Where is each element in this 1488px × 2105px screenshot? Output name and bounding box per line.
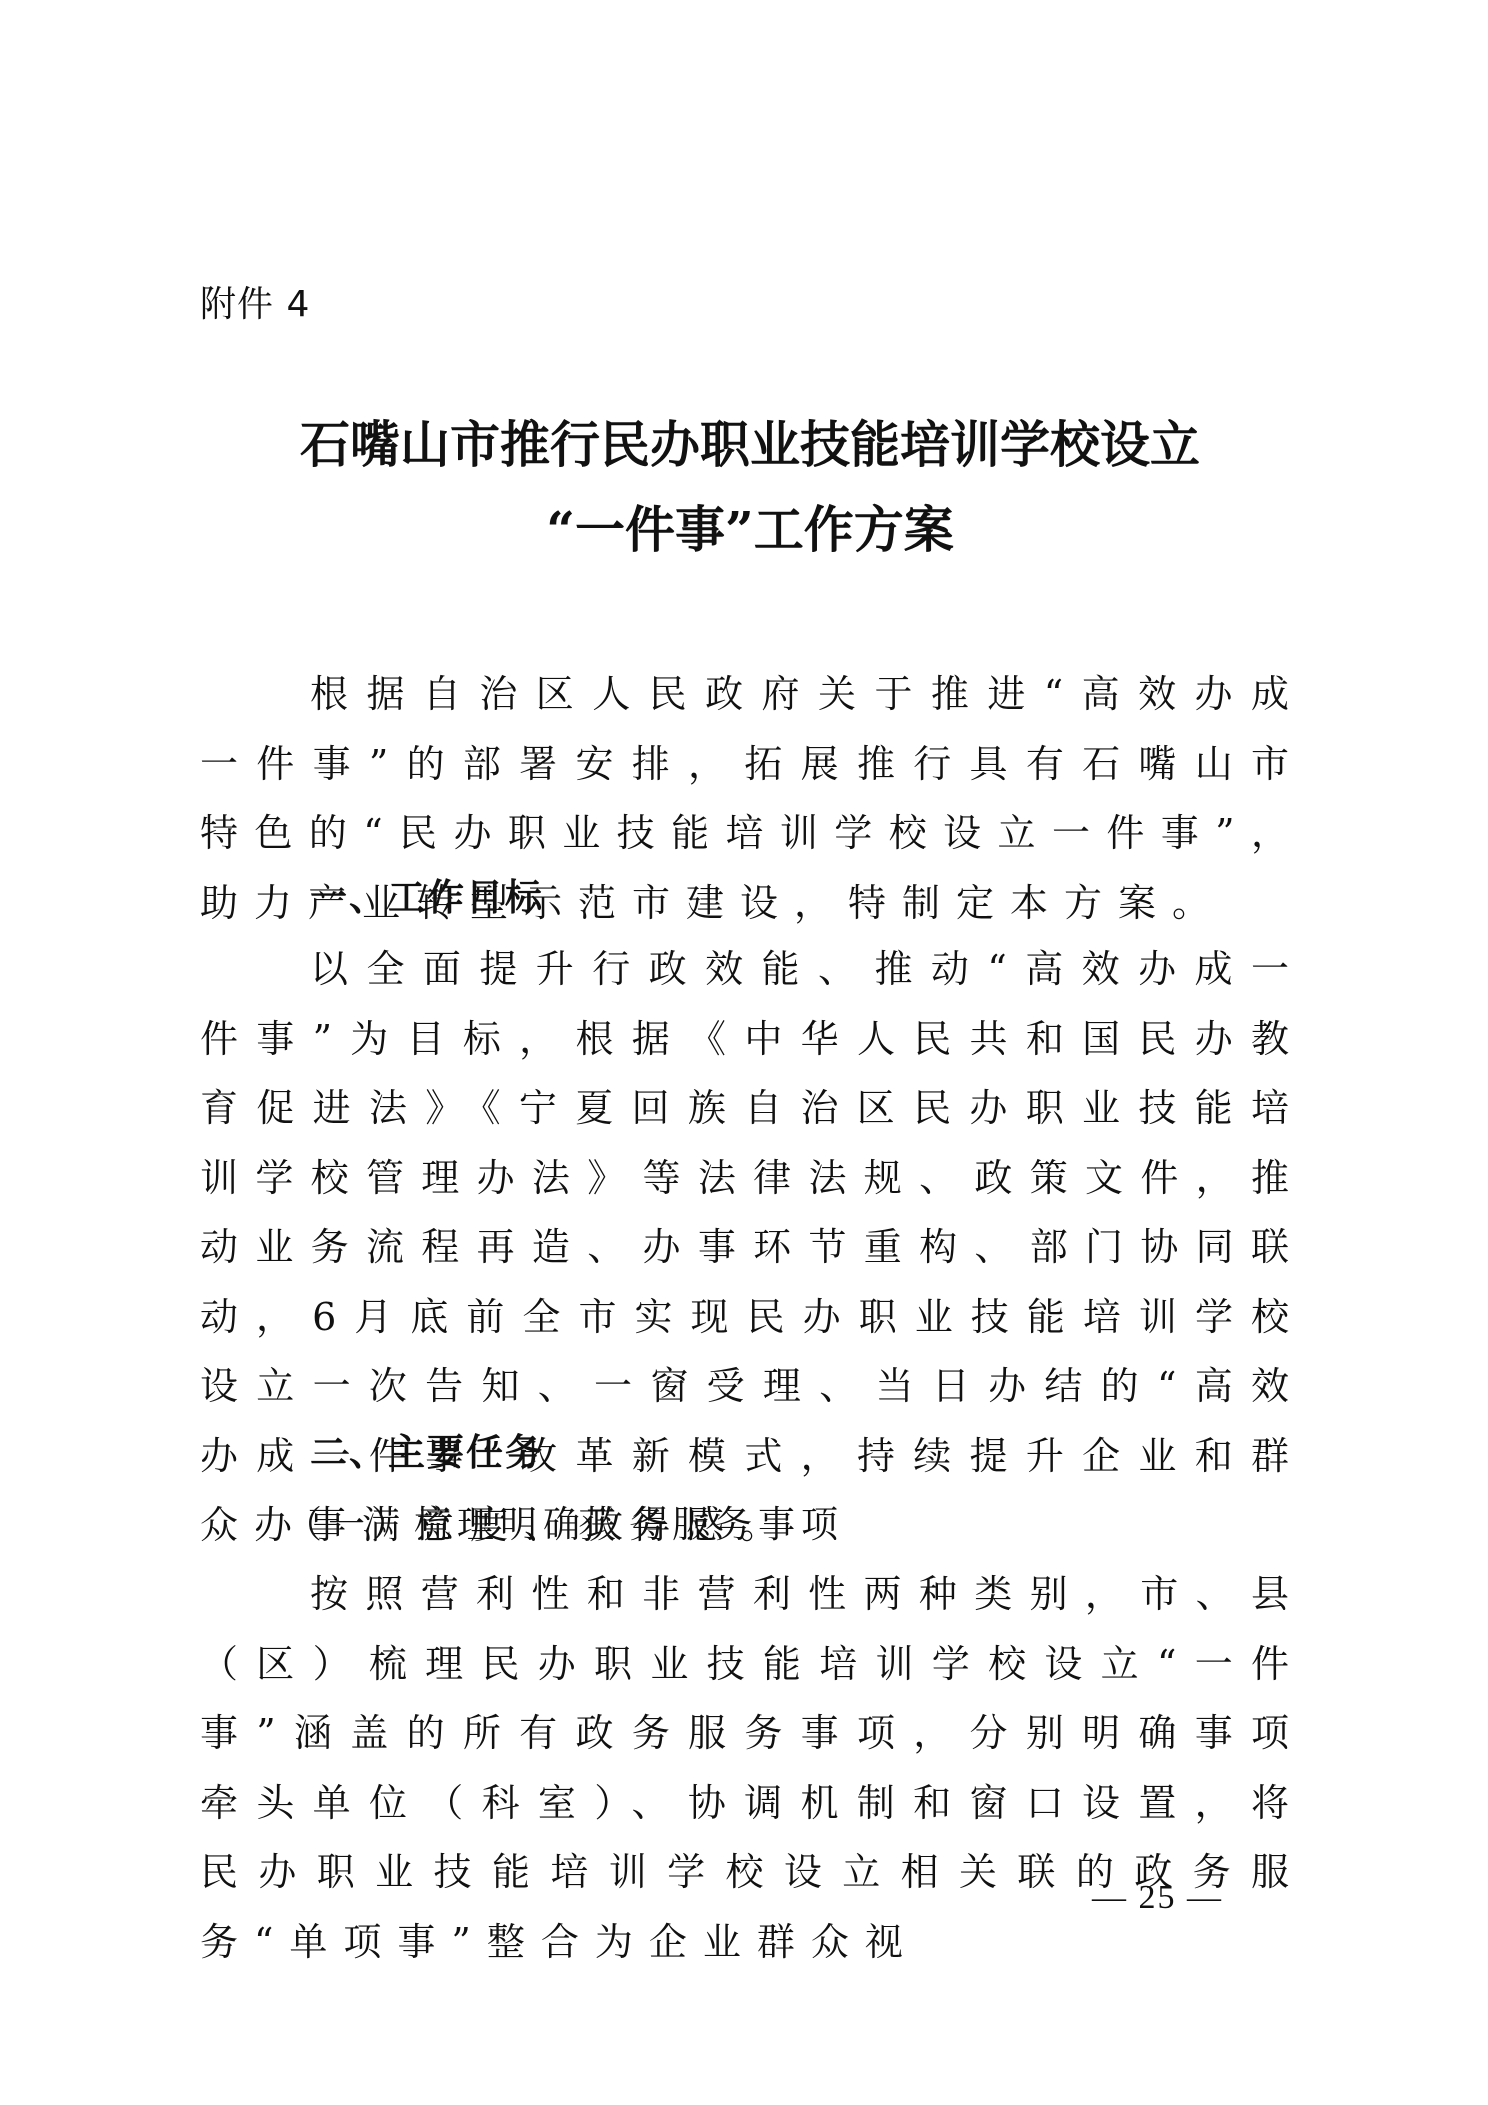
attachment-label: 附件 4 xyxy=(200,280,310,330)
document-page: 附件 4 石嘴山市推行民办职业技能培训学校设立 “一件事”工作方案 根据自治区人… xyxy=(0,0,1488,2105)
section-heading-tasks: 二、主要任务 xyxy=(310,1423,544,1483)
subsection-heading-1: （一）梳理明确政务服务事项 xyxy=(285,1495,844,1555)
document-title-line-1: 石嘴山市推行民办职业技能培训学校设立 xyxy=(200,400,1300,490)
document-title-line-2: “一件事”工作方案 xyxy=(200,485,1300,575)
page-number: — 25 — xyxy=(1092,1878,1223,1918)
section-heading-goals: 一、工作目标 xyxy=(310,868,544,928)
